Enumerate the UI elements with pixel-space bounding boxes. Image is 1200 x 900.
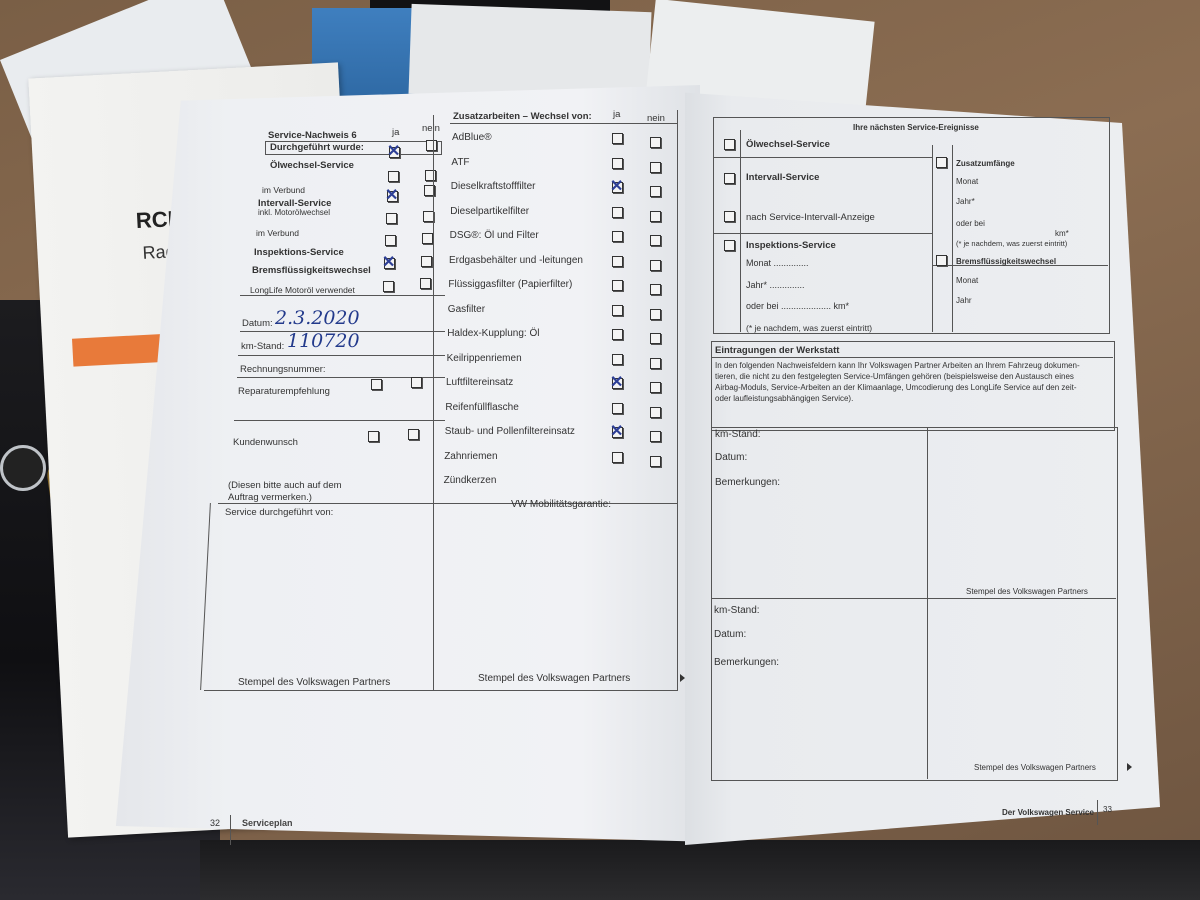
entry2-remarks-label: Bemerkungen: — [714, 657, 779, 668]
next-inspection-checkbox[interactable] — [724, 240, 735, 251]
additional-work-label: AdBlue® — [452, 132, 492, 143]
performed-label: Durchgeführt wurde: — [270, 142, 364, 153]
additional-yes-checkbox[interactable] — [612, 207, 623, 218]
service-record-title: Service-Nachweis 6 — [268, 130, 357, 141]
workshop-desc: tieren, die nicht zu den festgelegten Se… — [715, 372, 1074, 381]
additional-yes-checkbox[interactable] — [612, 403, 623, 414]
vw-logo-icon — [0, 445, 46, 491]
next-event-label: Intervall-Service — [746, 172, 819, 183]
mobility-guarantee-label: VW Mobilitätsgarantie: — [511, 499, 611, 510]
page-number-left: 32 — [210, 818, 220, 828]
r-year2-field[interactable]: Jahr — [956, 296, 972, 305]
additional-yes-checkbox[interactable] — [612, 231, 623, 242]
additional-work-label: Erdgasbehälter und -leitungen — [449, 255, 583, 266]
additional-no-checkbox[interactable] — [650, 186, 661, 197]
additional-yes-checkbox[interactable] — [612, 378, 623, 389]
invoice-label: Rechnungsnummer: — [240, 364, 326, 375]
additional-no-checkbox[interactable] — [650, 456, 661, 467]
service-yes-checkbox[interactable] — [386, 213, 397, 224]
next-oil-change-checkbox[interactable] — [724, 139, 735, 150]
service-yes-checkbox[interactable] — [389, 147, 400, 158]
service-no-checkbox[interactable] — [426, 140, 437, 151]
additional-work-title: Zusatzarbeiten – Wechsel von: — [453, 111, 592, 122]
service-no-checkbox[interactable] — [425, 170, 436, 181]
additional-yes-checkbox[interactable] — [612, 329, 623, 340]
section-title-right: Der Volkswagen Service — [1002, 808, 1094, 817]
additional-yes-checkbox[interactable] — [612, 280, 623, 291]
performed-by-label: Service durchgeführt von: — [225, 507, 333, 518]
entry1-remarks-label: Bemerkungen: — [715, 477, 780, 488]
additional-yes-checkbox[interactable] — [612, 256, 623, 267]
service-no-checkbox[interactable] — [420, 278, 431, 289]
additional-yes-checkbox[interactable] — [612, 354, 623, 365]
r-footnote: (* je nachdem, was zuerst eintritt) — [956, 239, 1067, 248]
entry1-date-label: Datum: — [715, 452, 747, 463]
entry2-km-label: km-Stand: — [714, 605, 760, 616]
additional-yes-checkbox[interactable] — [612, 182, 623, 193]
km-value: 110720 — [287, 330, 360, 352]
additional-work-label: Dieselpartikelfilter — [450, 206, 529, 217]
service-item-label: Bremsflüssigkeitswechsel — [252, 265, 371, 276]
service-yes-checkbox[interactable] — [385, 235, 396, 246]
next-event-label: Zusatzumfänge — [956, 159, 1015, 168]
next-interval-checkbox[interactable] — [724, 173, 735, 184]
footnote: (* je nachdem, was zuerst eintritt) — [746, 323, 872, 333]
additional-work-label: ATF — [451, 157, 469, 168]
service-item-label: im Verbund — [256, 228, 299, 238]
repair-no-checkbox[interactable] — [411, 377, 422, 388]
repair-yes-checkbox[interactable] — [371, 379, 382, 390]
service-yes-checkbox[interactable] — [383, 281, 394, 292]
additional-no-checkbox[interactable] — [650, 284, 661, 295]
column-yes: ja — [613, 109, 620, 120]
additional-no-checkbox[interactable] — [650, 309, 661, 320]
r-month-field[interactable]: Monat — [956, 177, 978, 186]
stamp-label-left: Stempel des Volkswagen Partners — [238, 677, 390, 688]
additional-yes-checkbox[interactable] — [612, 427, 623, 438]
additional-no-checkbox[interactable] — [650, 235, 661, 246]
date-label: Datum: — [242, 318, 273, 329]
additional-no-checkbox[interactable] — [650, 260, 661, 271]
next-event-label: Inspektions-Service — [746, 240, 836, 251]
additional-yes-checkbox[interactable] — [612, 452, 623, 463]
service-item-sublabel: inkl. Motorölwechsel — [258, 208, 330, 217]
note-line-2: Auftrag vermerken.) — [228, 492, 312, 503]
entry2-date-label: Datum: — [714, 629, 746, 640]
page-number-right: 33 — [1103, 805, 1112, 814]
note-line-1: (Diesen bitte auch auf dem — [228, 480, 342, 491]
next-event-label: nach Service-Intervall-Anzeige — [746, 212, 875, 223]
next-event-label: Ölwechsel-Service — [746, 139, 830, 150]
km-field[interactable]: oder bei .................... km* — [746, 301, 849, 311]
service-no-checkbox[interactable] — [421, 256, 432, 267]
service-yes-checkbox[interactable] — [384, 258, 395, 269]
additional-no-checkbox[interactable] — [650, 382, 661, 393]
date-value: 2.3.2020 — [275, 307, 360, 329]
additional-no-checkbox[interactable] — [650, 431, 661, 442]
entry2-stamp-label: Stempel des Volkswagen Partners — [974, 763, 1096, 772]
continue-arrow-icon — [1127, 763, 1132, 771]
service-item-label: LongLife Motoröl verwendet — [250, 285, 355, 295]
workshop-desc: Airbag-Moduls, Service-Arbeiten an der K… — [715, 383, 1077, 392]
additional-yes-checkbox[interactable] — [612, 158, 623, 169]
additional-no-checkbox[interactable] — [650, 211, 661, 222]
entry1-stamp-label: Stempel des Volkswagen Partners — [966, 587, 1088, 596]
service-booklet: Service-Nachweis 6 ja nein Durchgeführt … — [110, 85, 1160, 870]
workshop-desc: In den folgenden Nachweisfeldern kann Ih… — [715, 361, 1080, 370]
additional-work-label: Zündkerzen — [444, 475, 497, 486]
service-item-label: Ölwechsel-Service — [270, 160, 354, 171]
additional-work-label: Zahnriemen — [444, 451, 497, 462]
customer-no-checkbox[interactable] — [408, 429, 419, 440]
next-event-label: Bremsflüssigkeitswechsel — [956, 257, 1056, 266]
service-item-label: im Verbund — [262, 185, 305, 195]
additional-no-checkbox[interactable] — [650, 407, 661, 418]
additional-work-label: Luftfiltereinsatz — [446, 377, 513, 388]
r-year-field[interactable]: Jahr* — [956, 197, 975, 206]
year-field[interactable]: Jahr* .............. — [746, 280, 805, 290]
additional-work-label: Keilrippenriemen — [447, 353, 522, 364]
r-month2-field[interactable]: Monat — [956, 276, 978, 285]
service-yes-checkbox[interactable] — [388, 171, 399, 182]
next-events-title: Ihre nächsten Service-Ereignisse — [853, 123, 979, 132]
column-no: nein — [422, 123, 440, 134]
next-interval-indicator-checkbox[interactable] — [724, 211, 735, 222]
service-item-label: Inspektions-Service — [254, 247, 344, 258]
additional-yes-checkbox[interactable] — [612, 305, 623, 316]
additional-work-label: Haldex-Kupplung: Öl — [447, 328, 539, 339]
workshop-title: Eintragungen der Werkstatt — [715, 345, 839, 356]
r-km-unit: km* — [1055, 229, 1069, 238]
additional-work-label: Gasfilter — [448, 304, 485, 315]
month-field[interactable]: Monat .............. — [746, 258, 809, 268]
repair-recommendation-label: Reparaturempfehlung — [238, 386, 330, 397]
section-title-left: Serviceplan — [242, 818, 293, 828]
entry1-km-label: km-Stand: — [715, 429, 761, 440]
additional-work-label: Dieselkraftstofffilter — [451, 181, 536, 192]
workshop-desc: oder laufleistungsabhängigen Service). — [715, 394, 853, 403]
additional-no-checkbox[interactable] — [650, 137, 661, 148]
km-label: km-Stand: — [241, 341, 284, 352]
customer-yes-checkbox[interactable] — [368, 431, 379, 442]
r-km-field[interactable]: oder bei — [956, 219, 985, 228]
additional-work-label: Reifenfüllflasche — [445, 402, 518, 413]
additional-no-checkbox[interactable] — [650, 358, 661, 369]
next-brake-fluid-checkbox[interactable] — [936, 255, 947, 266]
column-yes: ja — [392, 127, 399, 138]
stamp-label-center: Stempel des Volkswagen Partners — [478, 673, 630, 684]
additional-yes-checkbox[interactable] — [612, 133, 623, 144]
additional-work-label: Staub- und Pollenfiltereinsatz — [445, 426, 575, 437]
additional-no-checkbox[interactable] — [650, 333, 661, 344]
service-yes-checkbox[interactable] — [387, 191, 398, 202]
left-page — [110, 85, 700, 865]
customer-request-label: Kundenwunsch — [233, 437, 298, 448]
next-additional-checkbox[interactable] — [936, 157, 947, 168]
additional-work-label: Flüssiggasfilter (Papierfilter) — [448, 279, 572, 290]
additional-no-checkbox[interactable] — [650, 162, 661, 173]
service-no-checkbox[interactable] — [422, 233, 433, 244]
additional-work-label: DSG®: Öl und Filter — [450, 230, 539, 241]
continue-arrow-icon — [680, 674, 685, 682]
